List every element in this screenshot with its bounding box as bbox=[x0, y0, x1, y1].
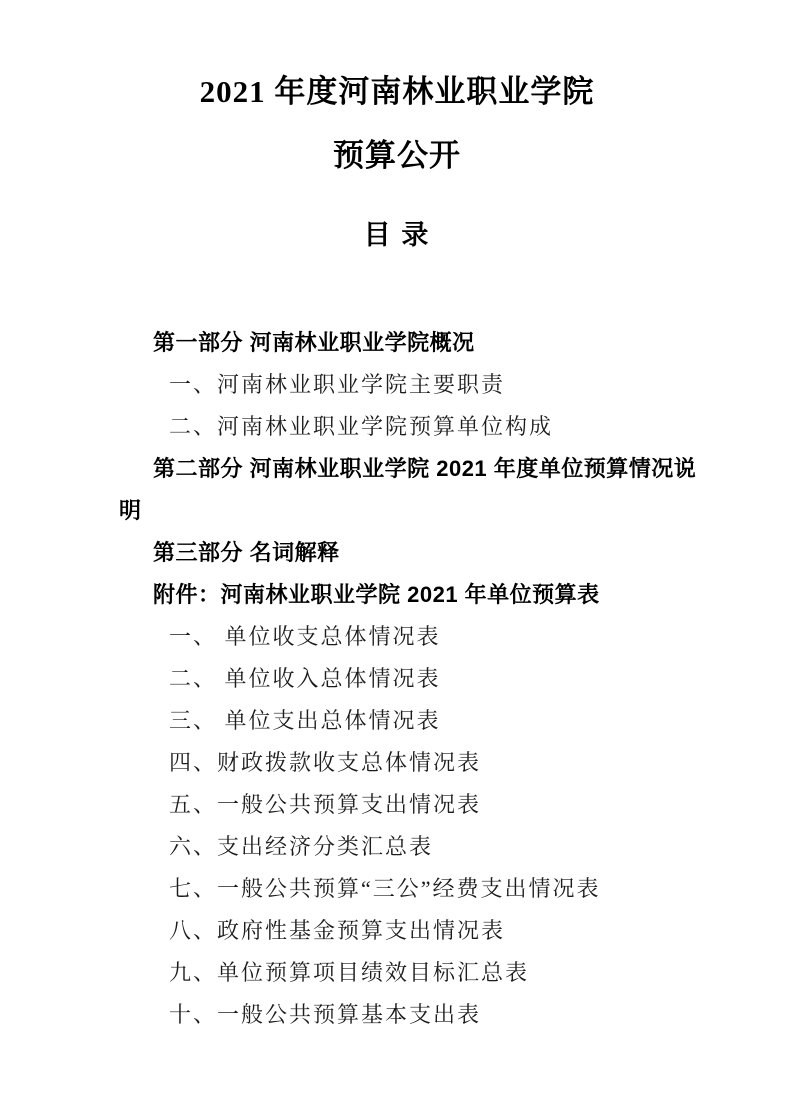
toc-entry: 第三部分 名词解释 bbox=[119, 532, 684, 574]
toc-entry: 明 bbox=[119, 490, 684, 532]
toc-heading: 目 录 bbox=[0, 219, 794, 251]
toc-entry: 二、 单位收入总体情况表 bbox=[119, 658, 684, 700]
page-title-line1: 2021 年度河南林业职业学院 bbox=[0, 74, 794, 110]
toc-entry: 三、 单位支出总体情况表 bbox=[119, 700, 684, 742]
toc-entry: 一、河南林业职业学院主要职责 bbox=[119, 364, 684, 406]
toc-entry: 五、一般公共预算支出情况表 bbox=[119, 784, 684, 826]
toc-list: 第一部分 河南林业职业学院概况一、河南林业职业学院主要职责二、河南林业职业学院预… bbox=[119, 322, 684, 1036]
toc-entry: 一、 单位收支总体情况表 bbox=[119, 616, 684, 658]
toc-entry: 第二部分 河南林业职业学院 2021 年度单位预算情况说 bbox=[119, 448, 684, 490]
toc-entry: 十、一般公共预算基本支出表 bbox=[119, 994, 684, 1036]
toc-entry: 七、一般公共预算“三公”经费支出情况表 bbox=[119, 868, 684, 910]
toc-entry: 第一部分 河南林业职业学院概况 bbox=[119, 322, 684, 364]
toc-entry: 八、政府性基金预算支出情况表 bbox=[119, 910, 684, 952]
toc-entry: 附件：河南林业职业学院 2021 年单位预算表 bbox=[119, 574, 684, 616]
toc-entry: 九、单位预算项目绩效目标汇总表 bbox=[119, 952, 684, 994]
page-title-line2: 预算公开 bbox=[0, 138, 794, 174]
document-page: 2021 年度河南林业职业学院 预算公开 目 录 第一部分 河南林业职业学院概况… bbox=[0, 0, 794, 1108]
toc-entry: 二、河南林业职业学院预算单位构成 bbox=[119, 406, 684, 448]
toc-entry: 四、财政拨款收支总体情况表 bbox=[119, 742, 684, 784]
toc-entry: 六、支出经济分类汇总表 bbox=[119, 826, 684, 868]
